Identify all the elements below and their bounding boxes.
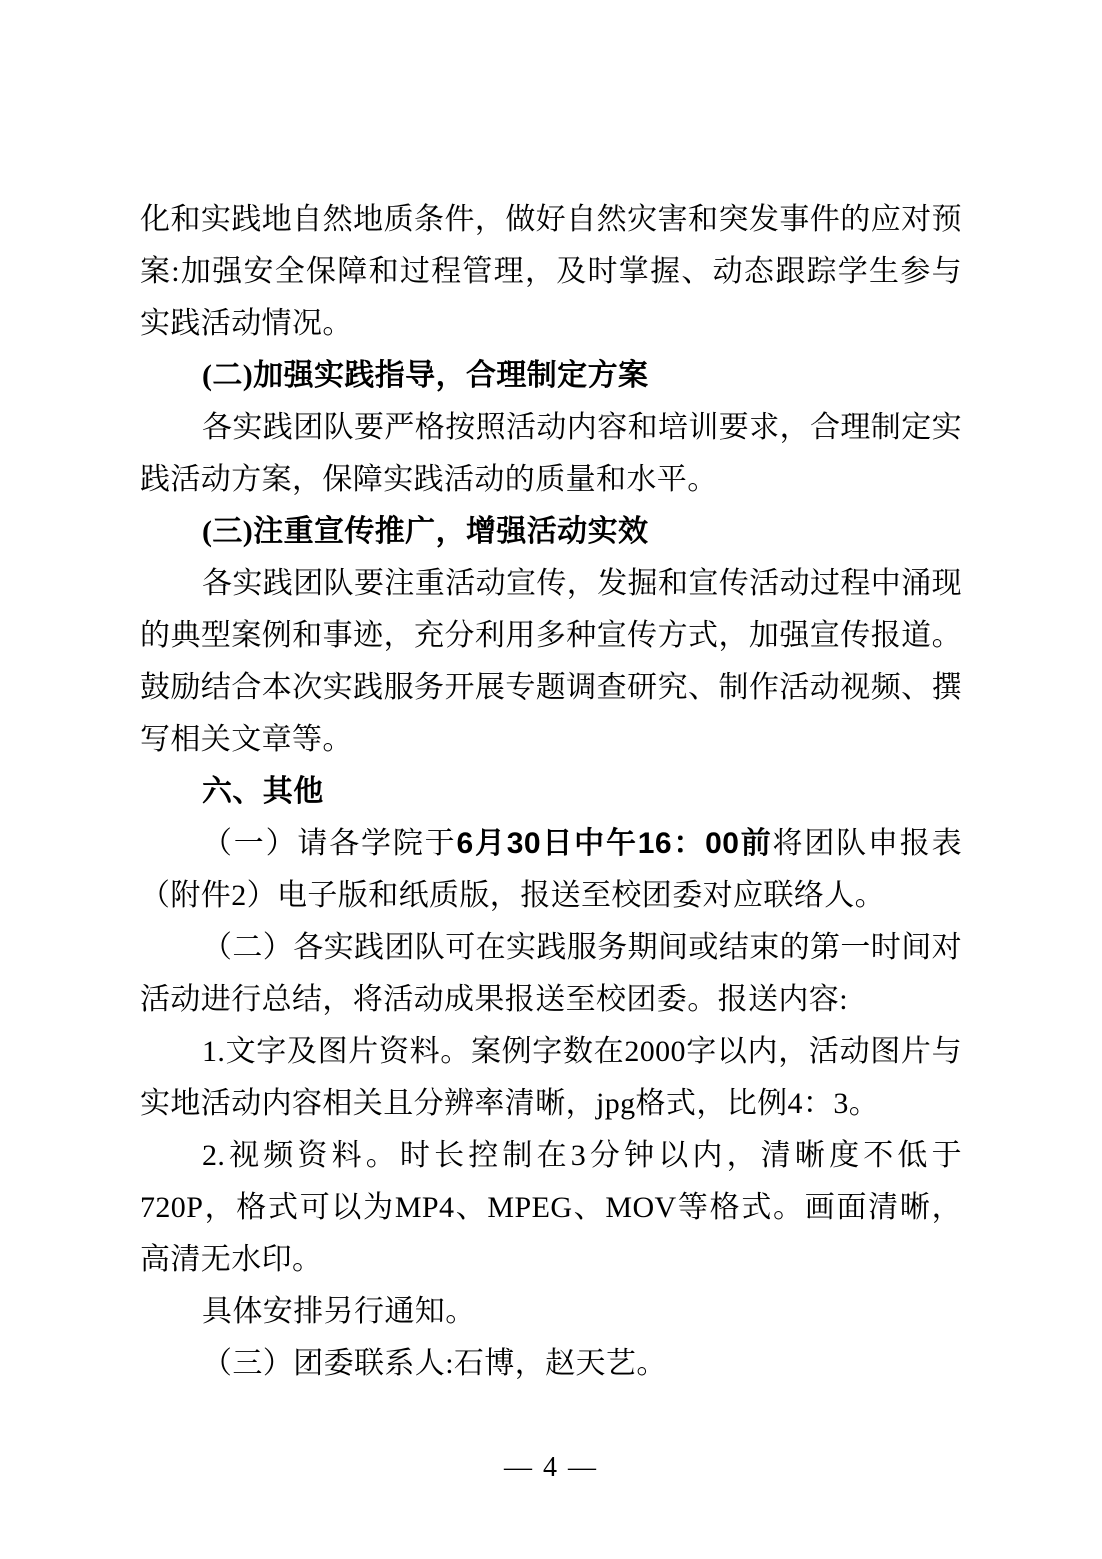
paragraph-deadline: （一）请各学院于6月30日中午16：00前将团队申报表（附件2）电子版和纸质版，… (140, 818, 962, 922)
paragraph-item-2: 2.视频资料。时长控制在3分钟以内，清晰度不低于720P，格式可以为MP4、MP… (140, 1130, 962, 1286)
paragraph-item-1: 1.文字及图片资料。案例字数在2000字以内，活动图片与实地活动内容相关且分辨率… (140, 1026, 962, 1130)
document-body: 化和实践地自然地质条件，做好自然灾害和突发事件的应对预案:加强安全保障和过程管理… (140, 194, 962, 1390)
document-page: 化和实践地自然地质条件，做好自然灾害和突发事件的应对预案:加强安全保障和过程管理… (0, 0, 1102, 1559)
deadline-emphasis: 6月30日中午16：00前 (456, 827, 772, 860)
footer-page-number: — 4 — (0, 1448, 1102, 1488)
paragraph: 具体安排另行通知。 (140, 1286, 962, 1338)
deadline-text-before: （一）请各学院于 (202, 827, 456, 860)
paragraph: 各实践团队要严格按照活动内容和培训要求，合理制定实践活动方案，保障实践活动的质量… (140, 402, 962, 506)
paragraph: （二）各实践团队可在实践服务期间或结束的第一时间对活动进行总结，将活动成果报送至… (140, 922, 962, 1026)
section-heading-other: 六、其他 (140, 766, 962, 818)
sub-heading-2: (二)加强实践指导，合理制定方案 (140, 350, 962, 402)
paragraph: 各实践团队要注重活动宣传，发掘和宣传活动过程中涌现的典型案例和事迹，充分利用多种… (140, 558, 962, 766)
sub-heading-3: (三)注重宣传推广，增强活动实效 (140, 506, 962, 558)
paragraph-contacts: （三）团委联系人:石博，赵天艺。 (140, 1338, 962, 1390)
paragraph-continuation: 化和实践地自然地质条件，做好自然灾害和突发事件的应对预案:加强安全保障和过程管理… (140, 194, 962, 350)
